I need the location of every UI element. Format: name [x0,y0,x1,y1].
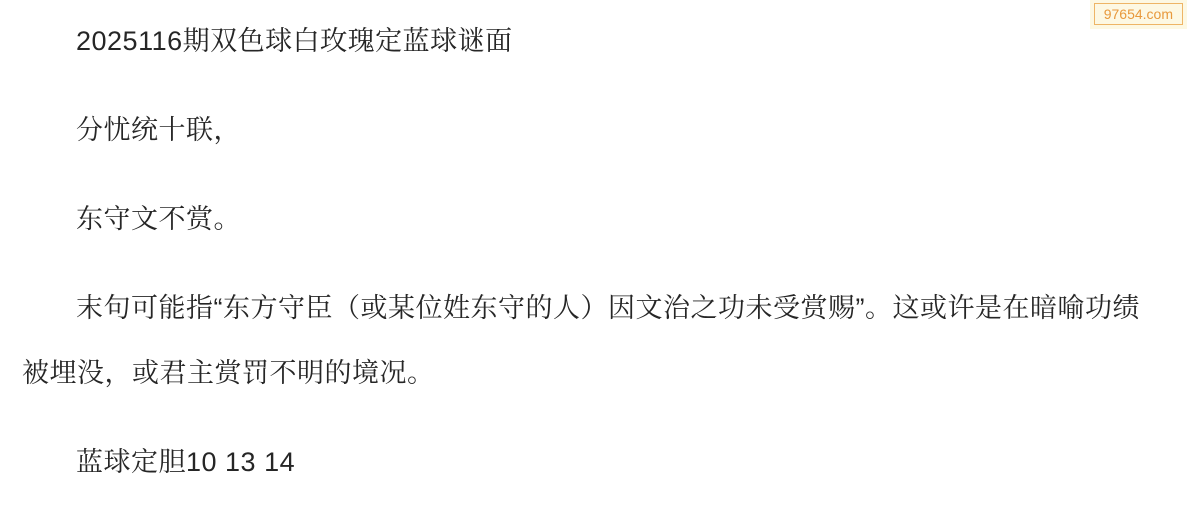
riddle-line-2: 东守文不赏。 [22,187,1166,252]
article-title: 2025116期双色球白玫瑰定蓝球谜面 [22,9,1166,74]
blue-ball-picks: 蓝球定胆10 13 14 [22,430,1166,495]
watermark-text: 97654.com [1094,3,1183,25]
site-watermark: 97654.com [1090,0,1187,29]
article-content: 2025116期双色球白玫瑰定蓝球谜面 分忧统十联， 东守文不赏。 末句可能指“… [0,0,1188,495]
riddle-line-1: 分忧统十联， [22,98,1166,163]
analysis-paragraph: 末句可能指“东方守臣（或某位姓东守的人）因文治之功未受赏赐”。这或许是在暗喻功绩… [22,276,1166,406]
article-page: 97654.com 2025116期双色球白玫瑰定蓝球谜面 分忧统十联， 东守文… [0,0,1188,512]
analysis-line-2: 被埋没，或君主赏罚不明的境况。 [22,341,1166,406]
analysis-line-1: 末句可能指“东方守臣（或某位姓东守的人）因文治之功未受赏赐”。这或许是在暗喻功绩 [22,276,1166,341]
